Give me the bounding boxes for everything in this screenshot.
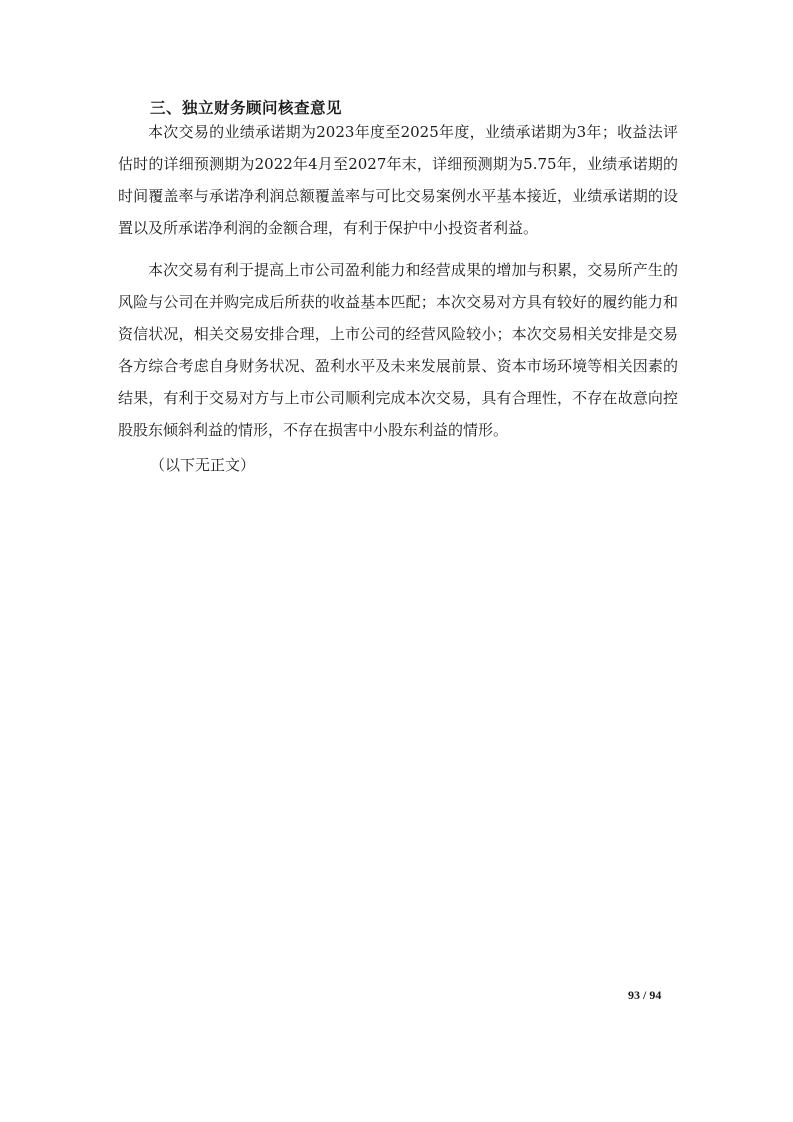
paragraph-transaction-assessment: 本次交易有利于提高上市公司盈利能力和经营成果的增加与积累，交易所产生的风险与公司… — [118, 254, 678, 446]
page-number: 93 / 94 — [628, 988, 661, 1003]
end-of-text-note: （以下无正文） — [150, 454, 255, 475]
paragraph-performance-commitment: 本次交易的业绩承诺期为2023年度至2025年度，业绩承诺期为3年；收益法评估时… — [118, 116, 678, 244]
section-heading: 三、独立财务顾问核查意见 — [150, 96, 342, 118]
document-page: 三、独立财务顾问核查意见 本次交易的业绩承诺期为2023年度至2025年度，业绩… — [0, 0, 793, 1122]
